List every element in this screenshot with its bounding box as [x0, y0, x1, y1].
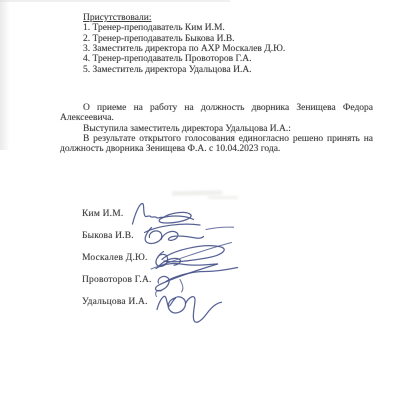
signature-udaltsova-ia	[156, 290, 222, 322]
signature-bykova-iv	[145, 224, 234, 243]
signature-kim-im	[133, 203, 194, 224]
signatures-ink-layer	[0, 0, 400, 400]
scanned-document-page: Присутствовали: 1. Тренер-преподаватель …	[0, 0, 400, 400]
signature-provotorov-ga	[155, 264, 237, 292]
